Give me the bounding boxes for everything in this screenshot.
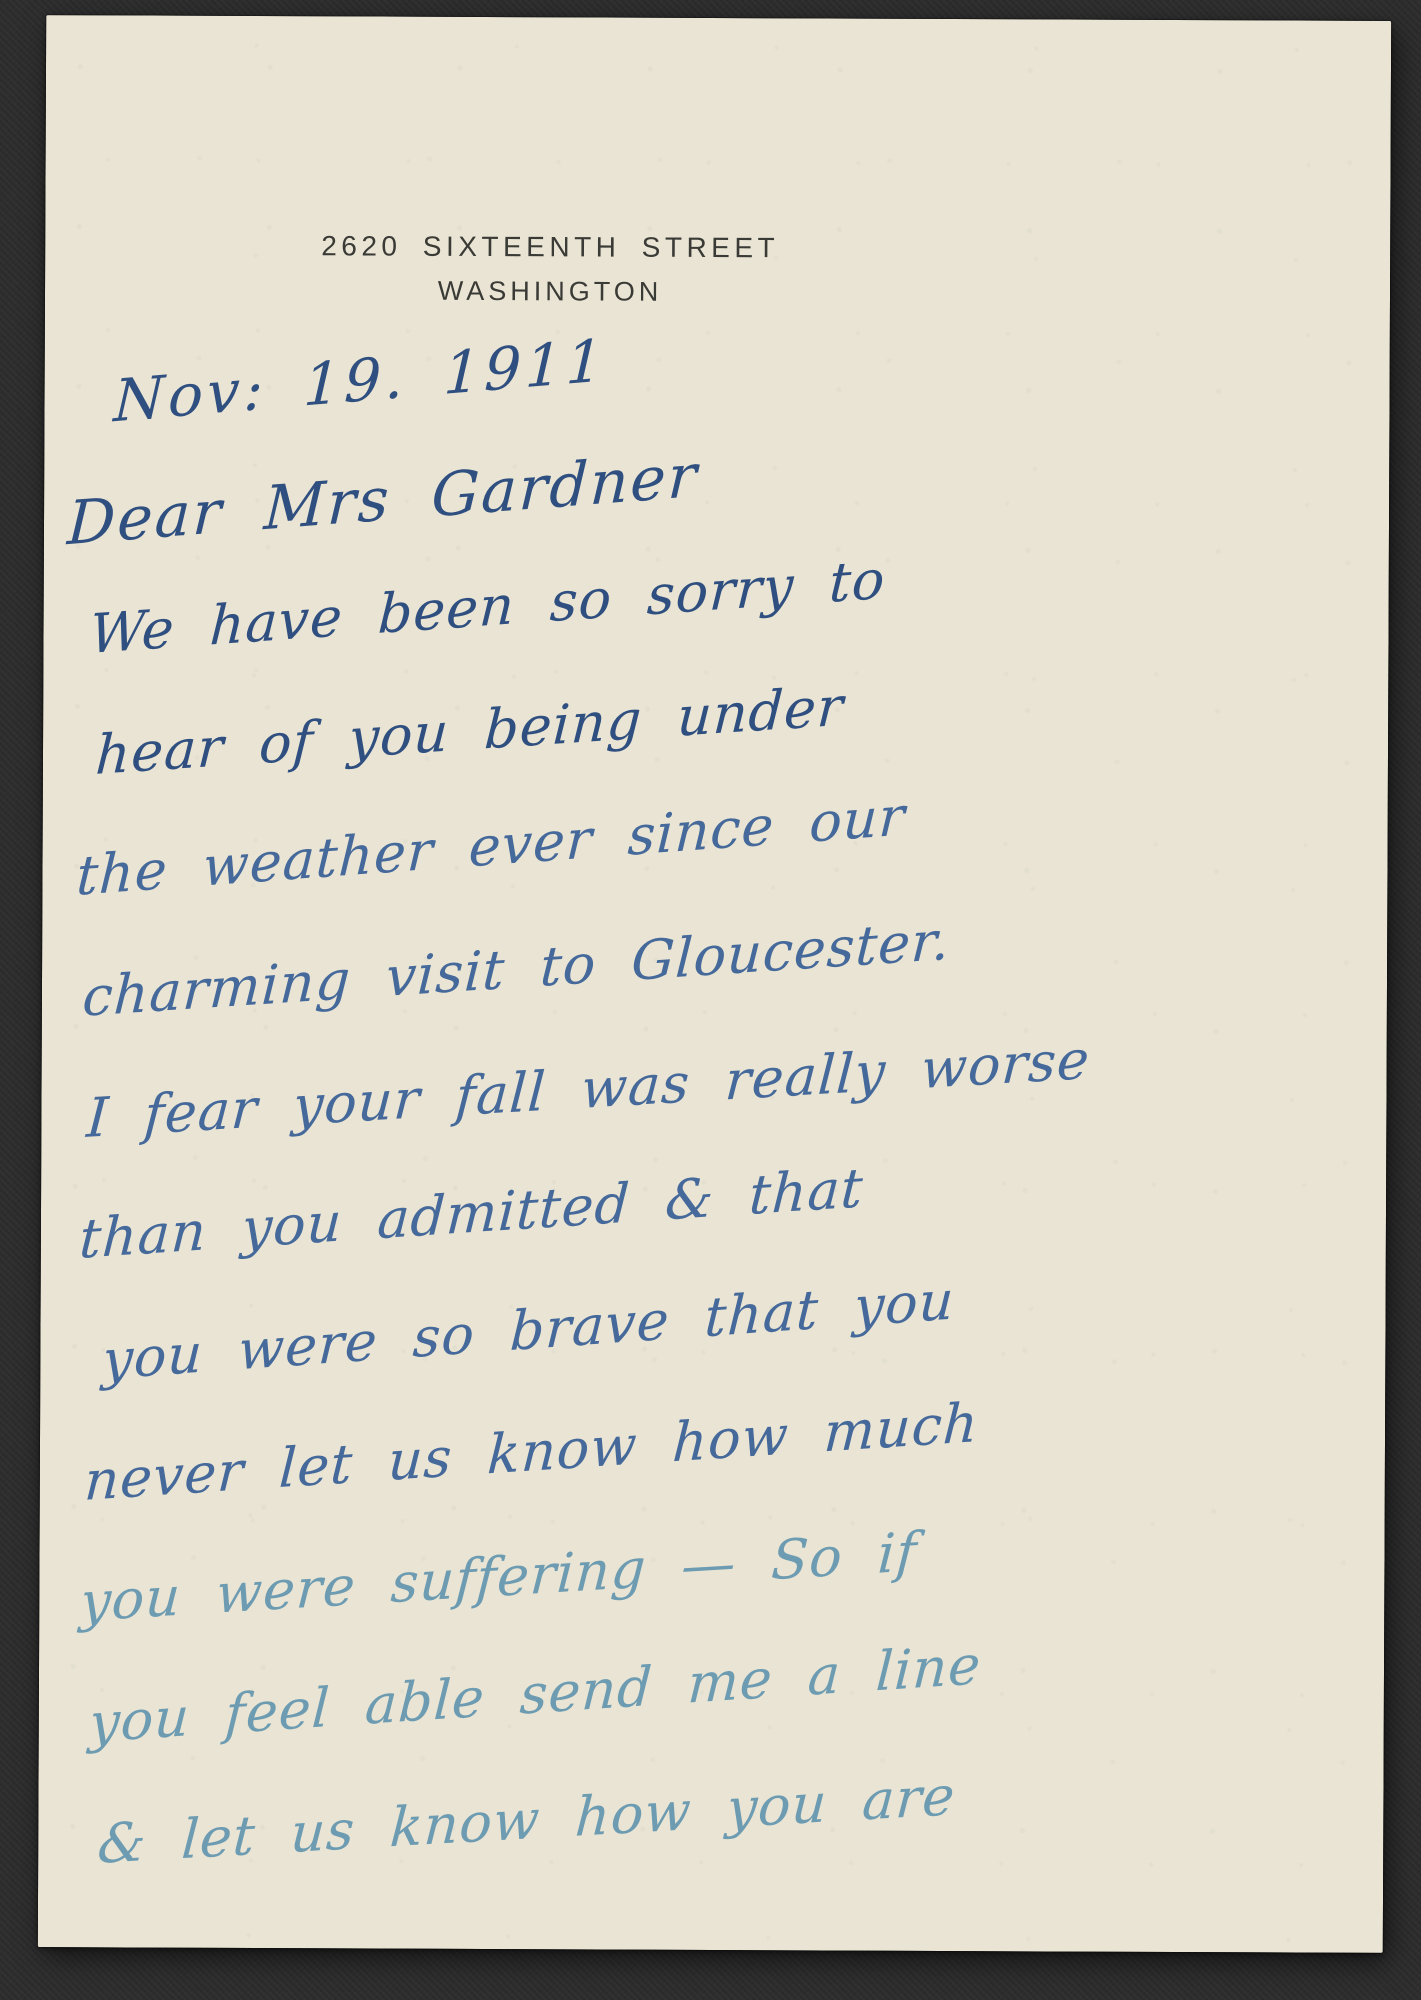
date-line: Nov: 19. 1911 <box>112 326 608 435</box>
letterhead-address: 2620 SIXTEENTH STREET <box>45 229 1055 265</box>
letterhead-city: WASHINGTON <box>45 274 1055 309</box>
letter-paper: 2620 SIXTEENTH STREET WASHINGTON Nov: 19… <box>38 15 1391 1953</box>
scan-background: { "letter": { "letterhead": { "line1": "… <box>0 0 1421 2000</box>
salutation-line: Dear Mrs Gardner <box>66 441 700 559</box>
letter-body: We have been so sorry to hear of you bei… <box>66 603 1142 1939</box>
letterhead: 2620 SIXTEENTH STREET WASHINGTON <box>45 229 1055 309</box>
